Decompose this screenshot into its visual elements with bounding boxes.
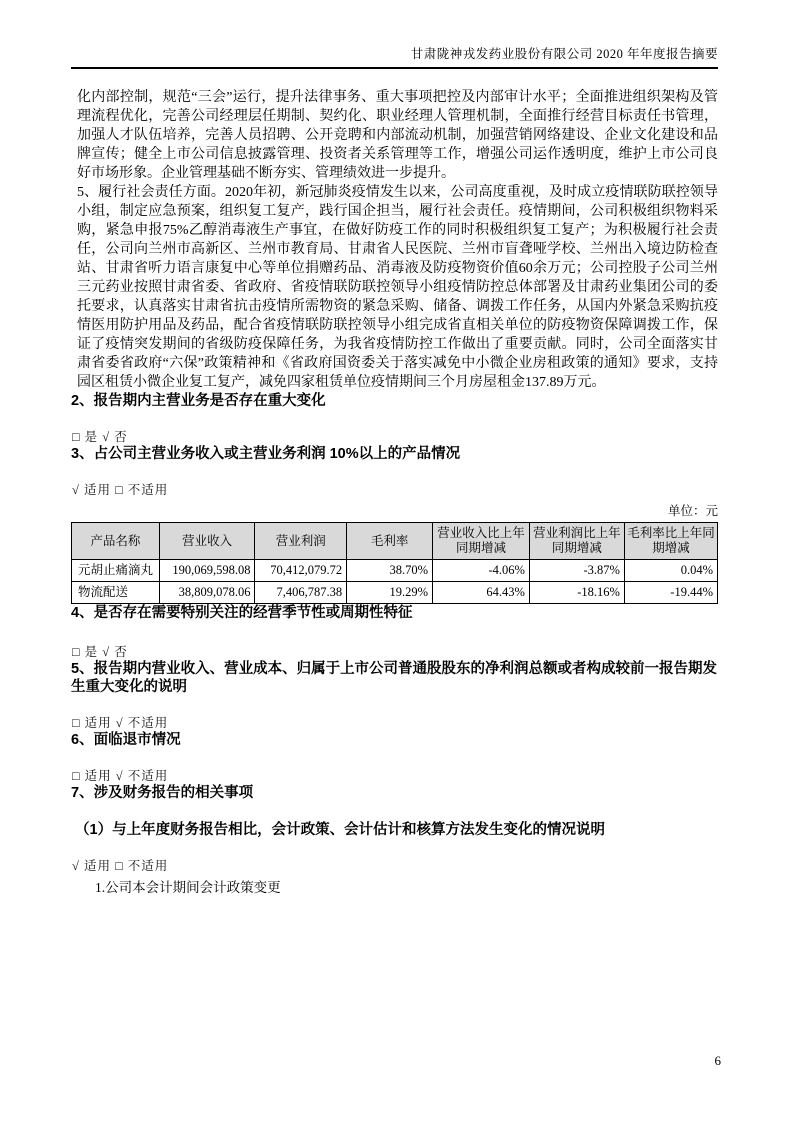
cell-gross-margin: 38.70% — [347, 560, 433, 582]
table-header-profit: 营业利润 — [255, 523, 347, 560]
section-6-answer: □ 适用 √ 不适用 — [71, 768, 718, 784]
paragraph-social-responsibility: 5、履行社会责任方面。2020年初，新冠肺炎疫情发生以来，公司高度重视，及时成立… — [71, 183, 718, 392]
section-2-title: 2、报告期内主营业务是否存在重大变化 — [71, 392, 718, 410]
cell-profit-yoy: -18.16% — [529, 582, 624, 604]
section-5-answer: □ 适用 √ 不适用 — [71, 715, 718, 731]
cell-product-name: 元胡止痛滴丸 — [72, 560, 160, 582]
product-table: 产品名称 营业收入 营业利润 毛利率 营业收入比上年同期增减 营业利润比上年同期… — [71, 522, 718, 604]
section-7-title: 7、涉及财务报告的相关事项 — [71, 784, 718, 802]
section-4-answer: □ 是 √ 否 — [71, 644, 718, 660]
unit-label: 单位：元 — [71, 504, 718, 519]
cell-gross-margin: 19.29% — [347, 582, 433, 604]
section-6-title: 6、面临退市情况 — [71, 731, 718, 749]
accounting-policy-note: 1.公司本会计期间会计政策变更 — [71, 879, 718, 896]
page-number: 6 — [715, 1053, 722, 1069]
table-header-margin-yoy: 毛利率比上年同期增减 — [624, 523, 717, 560]
paragraph-internal-control: 化内部控制，规范“三会”运行，提升法律事务、重大事项把控及内部审计水平；全面推进… — [71, 88, 718, 183]
section-3-answer: √ 适用 □ 不适用 — [71, 482, 718, 498]
cell-revenue-yoy: -4.06% — [433, 560, 530, 582]
page-content: 化内部控制，规范“三会”运行，提升法律事务、重大事项把控及内部审计水平；全面推进… — [71, 88, 718, 896]
cell-revenue: 190,069,598.08 — [159, 560, 255, 582]
table-header-profit-yoy: 营业利润比上年同期增减 — [529, 523, 624, 560]
section-3-title: 3、占公司主营业务收入或主营业务利润 10%以上的产品情况 — [71, 445, 718, 463]
section-5-title: 5、报告期内营业收入、营业成本、归属于上市公司普通股股东的净利润总额或者构成较前… — [71, 660, 718, 696]
report-page: 甘肃陇神戎发药业股份有限公司 2020 年年度报告摘要 化内部控制，规范“三会”… — [0, 0, 793, 1122]
cell-profit: 7,406,787.38 — [255, 582, 347, 604]
section-2-answer: □ 是 √ 否 — [71, 429, 718, 445]
header-title: 甘肃陇神戎发药业股份有限公司 2020 年年度报告摘要 — [71, 46, 718, 62]
page-header: 甘肃陇神戎发药业股份有限公司 2020 年年度报告摘要 — [71, 0, 718, 69]
table-header-revenue-yoy: 营业收入比上年同期增减 — [433, 523, 530, 560]
table-header-row: 产品名称 营业收入 营业利润 毛利率 营业收入比上年同期增减 营业利润比上年同期… — [72, 523, 718, 560]
table-row: 元胡止痛滴丸 190,069,598.08 70,412,079.72 38.7… — [72, 560, 718, 582]
table-header-revenue: 营业收入 — [159, 523, 255, 560]
section-7-1-title: （1）与上年度财务报告相比，会计政策、会计估计和核算方法发生变化的情况说明 — [71, 821, 718, 839]
cell-margin-yoy: 0.04% — [624, 560, 717, 582]
table-row: 物流配送 38,809,078.06 7,406,787.38 19.29% 6… — [72, 582, 718, 604]
cell-profit-yoy: -3.87% — [529, 560, 624, 582]
cell-margin-yoy: -19.44% — [624, 582, 717, 604]
cell-product-name: 物流配送 — [72, 582, 160, 604]
table-header-gross-margin: 毛利率 — [347, 523, 433, 560]
table-header-product: 产品名称 — [72, 523, 160, 560]
section-4-title: 4、是否存在需要特别关注的经营季节性或周期性特征 — [71, 604, 718, 622]
section-7-1-answer: √ 适用 □ 不适用 — [71, 858, 718, 874]
cell-revenue: 38,809,078.06 — [159, 582, 255, 604]
cell-revenue-yoy: 64.43% — [433, 582, 530, 604]
cell-profit: 70,412,079.72 — [255, 560, 347, 582]
